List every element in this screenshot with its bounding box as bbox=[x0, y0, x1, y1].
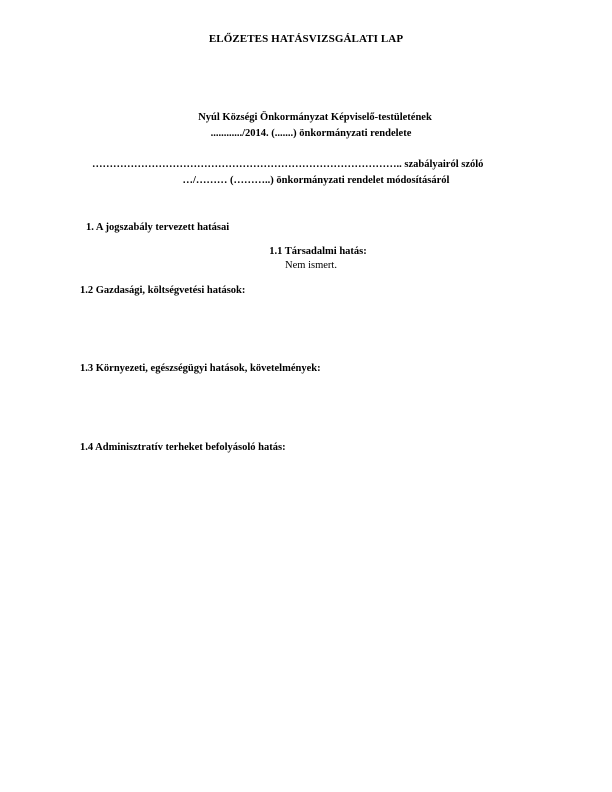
section-1-4-heading: 1.4 Adminisztratív terheket befolyásoló … bbox=[80, 442, 286, 454]
document-title: ELŐZETES HATÁSVIZSGÁLATI LAP bbox=[209, 33, 403, 45]
council-name: Nyúl Községi Önkormányzat Képviselő-test… bbox=[198, 112, 432, 124]
subject-line-1: …………………………………………………………………………….. szabálya… bbox=[92, 159, 483, 171]
section-1-2-heading: 1.2 Gazdasági, költségvetési hatások: bbox=[80, 285, 245, 297]
section-1-3-heading: 1.3 Környezeti, egészségügyi hatások, kö… bbox=[80, 363, 321, 375]
section-1-1-heading: 1.1 Társadalmi hatás: bbox=[269, 246, 367, 258]
section-1-1-value: Nem ismert. bbox=[285, 260, 337, 272]
section-1-heading: 1. A jogszabály tervezett hatásai bbox=[86, 222, 229, 234]
subject-line-2: …/……… (………..) önkormányzati rendelet mód… bbox=[183, 175, 450, 187]
decree-number: ............/2014. (.......) önkormányza… bbox=[211, 128, 412, 140]
